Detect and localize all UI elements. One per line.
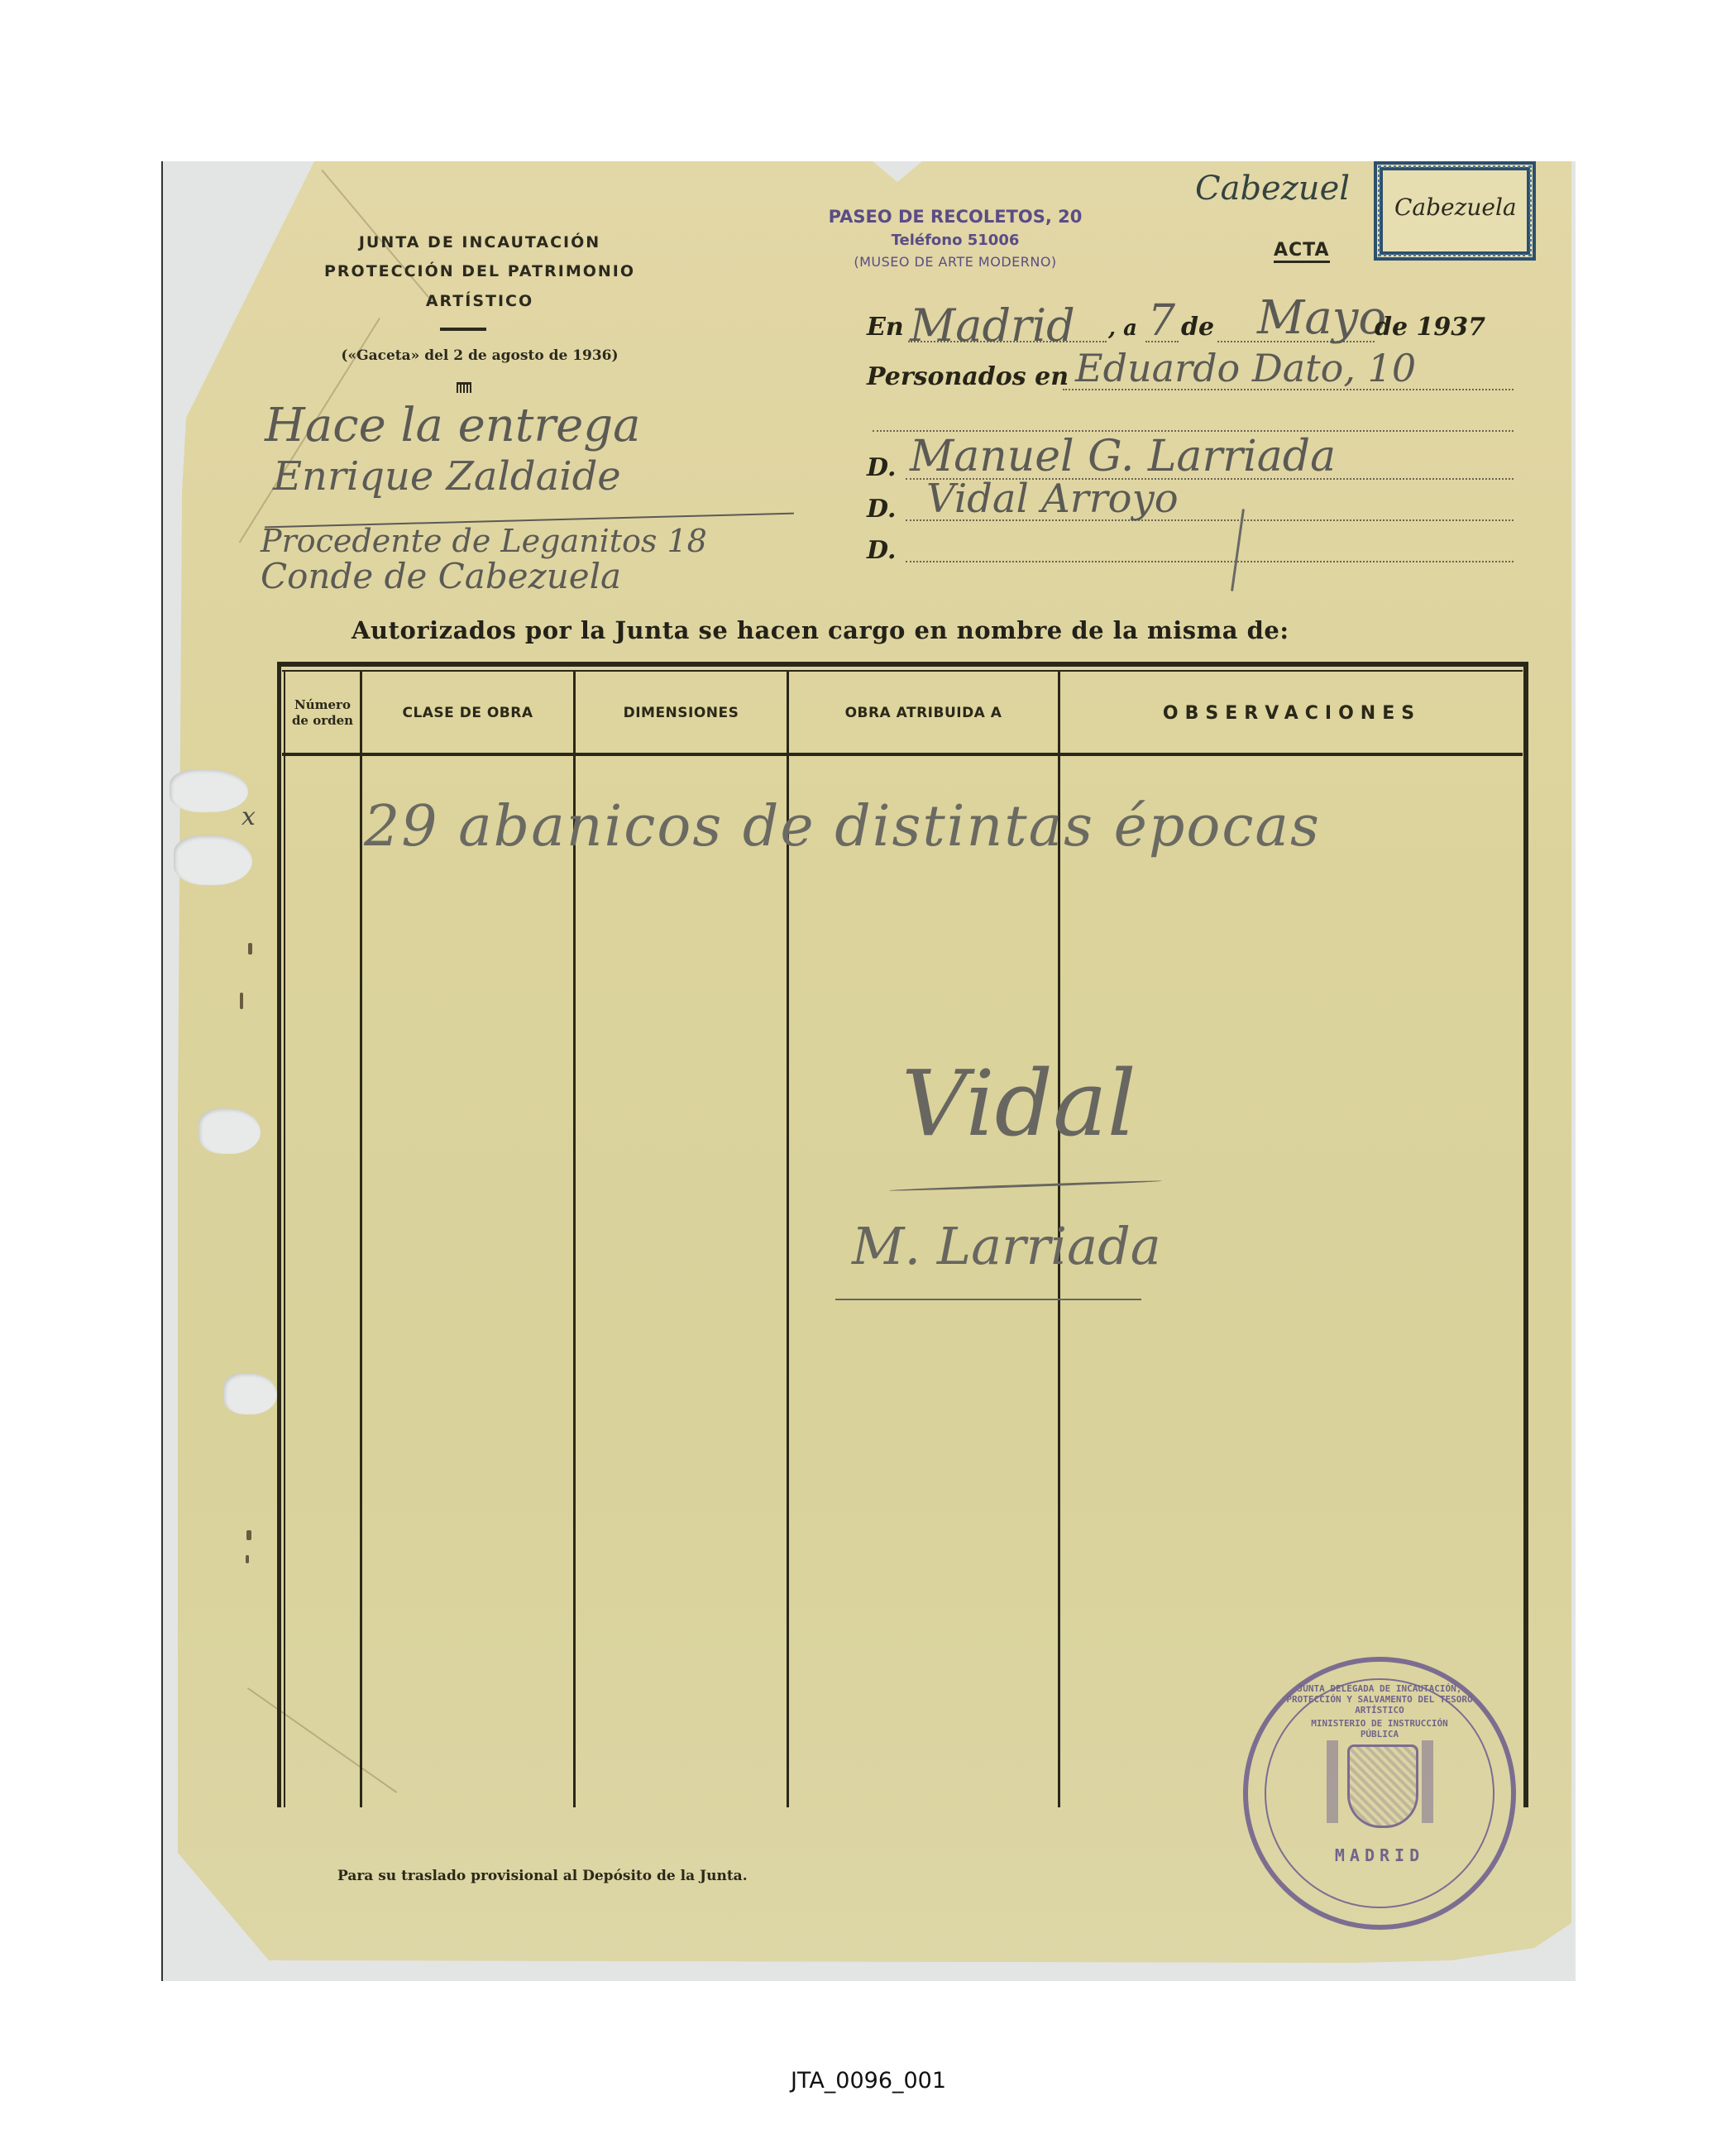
en-label: En xyxy=(867,313,904,342)
binder-hole xyxy=(170,769,248,812)
seal-inner-text: MINISTERIO DE INSTRUCCIÓN PÚBLICA xyxy=(1248,1718,1511,1740)
d-label-2: D. xyxy=(867,495,896,524)
header-observaciones: OBSERVACIONES xyxy=(1060,672,1523,754)
de-label: de xyxy=(1181,313,1214,342)
signature-larriada: M. Larriada xyxy=(852,1216,1161,1276)
binder-hole xyxy=(174,835,252,885)
seal-outer-text: JUNTA DELEGADA DE INCAUTACIÓN, PROTECCIÓ… xyxy=(1248,1683,1511,1716)
en-value: Madrid xyxy=(910,299,1075,352)
personados-label: Personados en xyxy=(867,362,1069,391)
rust-spot xyxy=(246,1555,249,1563)
footer-note: Para su traslado provisional al Depósito… xyxy=(337,1868,748,1884)
seal-city: MADRID xyxy=(1248,1845,1511,1865)
letterhead-line-3: ARTÍSTICO xyxy=(389,292,571,310)
header-numero-de-orden: Número de orden xyxy=(285,672,360,754)
d-label-1: D. xyxy=(867,453,896,482)
header-obra-atribuida: OBRA ATRIBUIDA A xyxy=(789,672,1058,754)
handwritten-note-line-2: Enrique Zaldaide xyxy=(273,453,621,500)
rust-spot xyxy=(246,1530,251,1540)
letterhead-line-1: JUNTA DE INCAUTACIÓN xyxy=(306,233,653,251)
row-item-description: 29 abanicos de distintas épocas xyxy=(364,794,1321,859)
table-left-inner xyxy=(284,670,285,1807)
handwritten-note-line-3: Procedente de Leganitos 18 xyxy=(261,523,707,559)
handwritten-note-line-4: Conde de Cabezuela xyxy=(261,556,621,596)
address-stamp-line-3: (MUSEO DE ARTE MODERNO) xyxy=(815,254,1096,270)
table-left-border xyxy=(277,662,281,1807)
column-divider-1 xyxy=(360,670,362,1807)
authorization-title: Autorizados por la Junta se hacen cargo … xyxy=(352,616,1289,644)
ornament-icon xyxy=(457,382,471,393)
person-field-line-3 xyxy=(906,561,1514,562)
person-value-2: Vidal Arroyo xyxy=(926,476,1179,522)
table-right-border xyxy=(1523,662,1528,1807)
row-mark: x xyxy=(242,802,256,831)
handwritten-note-line-1: Hace la entrega xyxy=(265,399,640,452)
day-value: 7 xyxy=(1148,296,1175,346)
stamp-label-text: Cabezuela xyxy=(1394,194,1517,221)
letterhead-rule xyxy=(440,328,486,331)
year-label: de 1937 xyxy=(1375,313,1485,342)
file-label: JTA_0096_001 xyxy=(703,2068,1034,2094)
address-stamp-line-2: Teléfono 51006 xyxy=(815,232,1096,249)
coat-of-arms-icon xyxy=(1347,1744,1418,1828)
personados-value: Eduardo Dato, 10 xyxy=(1075,346,1416,390)
rust-spot xyxy=(240,993,243,1009)
seal-pillar-right xyxy=(1422,1740,1433,1823)
acta-label: ACTA xyxy=(1274,240,1330,263)
rust-spot xyxy=(248,943,252,955)
binder-hole xyxy=(198,1108,261,1154)
revenue-stamp-label: Cabezuela xyxy=(1374,161,1536,261)
signature-vidal: Vidal xyxy=(901,1050,1136,1156)
person-value-1: Manuel G. Larriada xyxy=(910,432,1336,481)
table-top-border xyxy=(277,662,1528,667)
official-seal: JUNTA DELEGADA DE INCAUTACIÓN, PROTECCIÓ… xyxy=(1243,1657,1516,1930)
d-label-3: D. xyxy=(867,536,896,565)
binder-hole xyxy=(223,1373,277,1414)
letterhead-line-2: PROTECCIÓN DEL PATRIMONIO xyxy=(289,262,670,280)
a-label: , a xyxy=(1108,316,1137,341)
header-clase-de-obra: CLASE DE OBRA xyxy=(362,672,573,754)
signature-larriada-underline xyxy=(835,1299,1141,1300)
gaceta-reference: («Gaceta» del 2 de agosto de 1936) xyxy=(277,347,682,364)
address-stamp-line-1: PASEO DE RECOLETOS, 20 xyxy=(815,207,1096,227)
header-dimensiones: DIMENSIONES xyxy=(576,672,787,754)
seal-pillar-left xyxy=(1327,1740,1338,1823)
month-value: Mayo xyxy=(1257,291,1386,345)
corner-annotation: Cabezuel xyxy=(1195,170,1350,208)
